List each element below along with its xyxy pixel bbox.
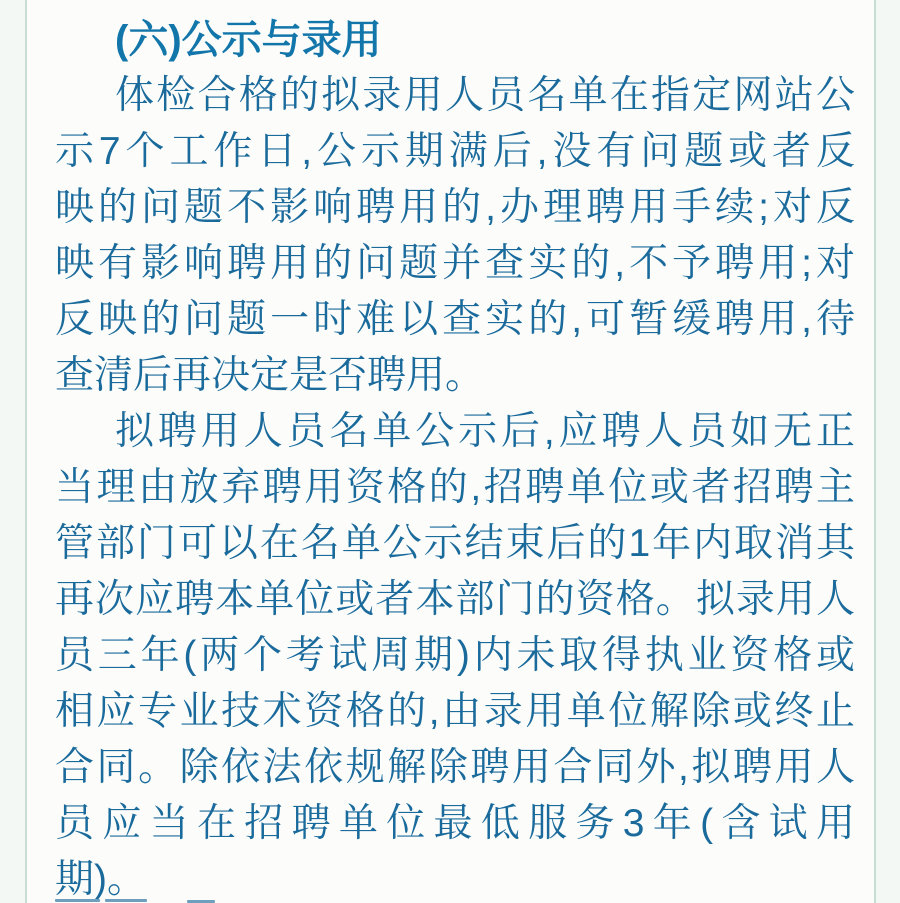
paragraph: 体检合格的拟录用人员名单在指定网站公 示7个工作日,公示期满后,没有问题或者反 … [55, 68, 855, 404]
text-line: 相应专业技术资格的,由录用单位解除或终止 [55, 684, 855, 740]
text-block: (六)公示与录用 体检合格的拟录用人员名单在指定网站公 示7个工作日,公示期满后… [55, 12, 855, 903]
text-line: 反映的问题一时难以查实的,可暂缓聘用,待 [55, 292, 855, 348]
document-content-area: (六)公示与录用 体检合格的拟录用人员名单在指定网站公 示7个工作日,公示期满后… [25, 0, 876, 903]
text-line: 查清后再决定是否聘用。 [55, 348, 855, 404]
text-line: 拟聘用人员名单公示后,应聘人员如无正 [55, 404, 855, 460]
text-line: 员三年(两个考试周期)内未取得执业资格或 [55, 628, 855, 684]
clipped-text-fragment-bottom [55, 899, 100, 902]
document-page: { "page": { "outer_background": "#f3f8f4… [0, 0, 900, 903]
text-line: 示7个工作日,公示期满后,没有问题或者反 [55, 124, 855, 180]
text-line: 当理由放弃聘用资格的,招聘单位或者招聘主 [55, 460, 855, 516]
text-line: 映有影响聘用的问题并查实的,不予聘用;对 [55, 236, 855, 292]
section-heading: (六)公示与录用 [55, 12, 855, 68]
text-line: 再次应聘本单位或者本部门的资格。拟录用人 [55, 572, 855, 628]
text-line: 期)。 [55, 852, 855, 903]
paragraph: 拟聘用人员名单公示后,应聘人员如无正 当理由放弃聘用资格的,招聘单位或者招聘主 … [55, 404, 855, 903]
text-line: 员应当在招聘单位最低服务3年(含试用 [55, 796, 855, 852]
text-line: 体检合格的拟录用人员名单在指定网站公 [55, 68, 855, 124]
clipped-text-fragment-bottom [105, 899, 147, 902]
text-line: 合同。除依法依规解除聘用合同外,拟聘用人 [55, 740, 855, 796]
text-line: 管部门可以在名单公示结束后的1年内取消其 [55, 516, 855, 572]
text-line: 映的问题不影响聘用的,办理聘用手续;对反 [55, 180, 855, 236]
